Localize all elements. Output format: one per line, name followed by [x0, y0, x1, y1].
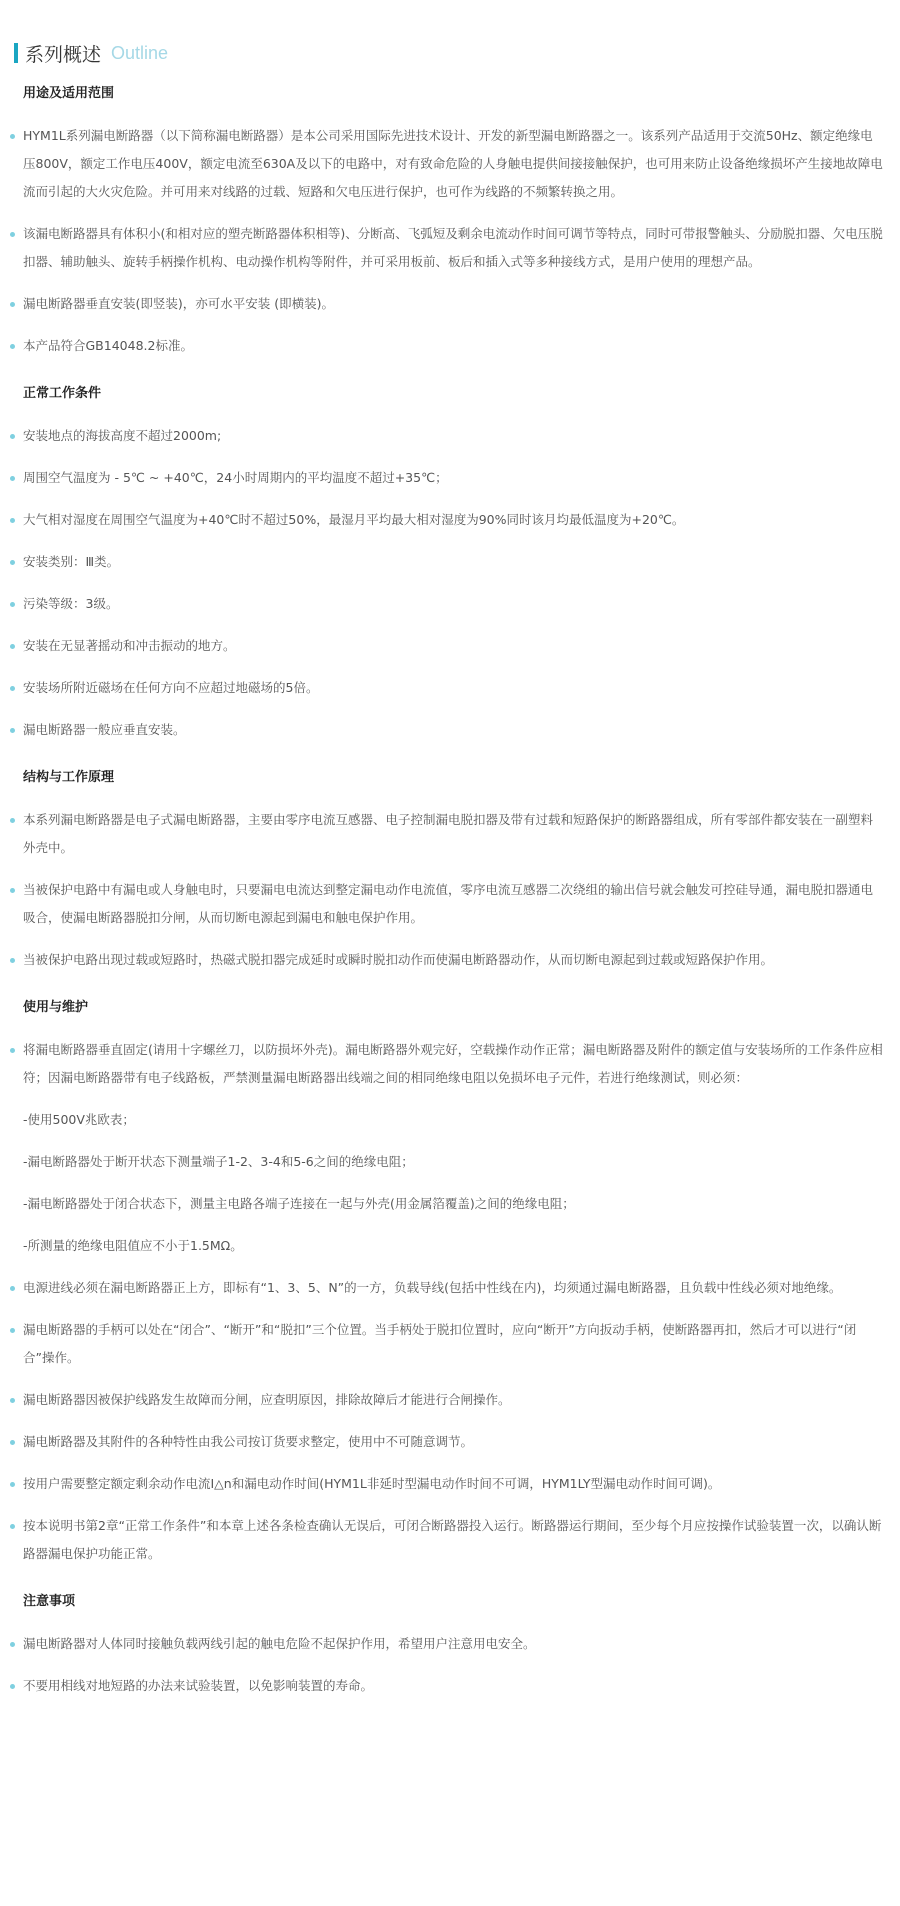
- section: 用途及适用范围HYM1L系列漏电断路器（以下简称漏电断路器）是本公司采用国际先进…: [23, 80, 900, 360]
- list-item-text: -漏电断路器处于断开状态下测量端子1-2、3-4和5-6之间的绝缘电阻；: [23, 1148, 883, 1176]
- list-item-text: 电源进线必须在漏电断路器正上方，即标有“1、3、5、N”的一方，负载导线(包括中…: [23, 1274, 883, 1302]
- list-item: 安装场所附近磁场在任何方向不应超过地磁场的5倍。: [23, 674, 883, 702]
- list-item-text: 漏电断路器对人体同时接触负载两线引起的触电危险不起保护作用，希望用户注意用电安全…: [23, 1630, 883, 1658]
- section: 注意事项漏电断路器对人体同时接触负载两线引起的触电危险不起保护作用，希望用户注意…: [23, 1588, 900, 1700]
- bullet-dot-icon: [10, 686, 15, 691]
- bullet-dot-icon: [10, 302, 15, 307]
- list-item: 漏电断路器一般应垂直安装。: [23, 716, 883, 744]
- list-item-text: 漏电断路器的手柄可以处在“闭合”、“断开”和“脱扣”三个位置。当手柄处于脱扣位置…: [23, 1316, 883, 1372]
- bullet-dot-icon: [10, 888, 15, 893]
- sub-list-item: -漏电断路器处于断开状态下测量端子1-2、3-4和5-6之间的绝缘电阻；: [23, 1148, 883, 1176]
- list-item-text: 安装在无显著摇动和冲击振动的地方。: [23, 632, 883, 660]
- list-item-text: 该漏电断路器具有体积小(和相对应的塑壳断路器体积相等)、分断高、飞弧短及剩余电流…: [23, 220, 883, 276]
- section-heading: 用途及适用范围: [23, 80, 900, 108]
- title-accent-bar: [14, 43, 18, 63]
- list-item: 漏电断路器及其附件的各种特性由我公司按订货要求整定，使用中不可随意调节。: [23, 1428, 883, 1456]
- page-content: 系列概述 Outline 用途及适用范围HYM1L系列漏电断路器（以下简称漏电断…: [0, 0, 900, 1700]
- section: 结构与工作原理本系列漏电断路器是电子式漏电断路器，主要由零序电流互感器、电子控制…: [23, 764, 900, 974]
- list-item: 漏电断路器因被保护线路发生故障而分闸，应查明原因，排除故障后才能进行合闸操作。: [23, 1386, 883, 1414]
- bullet-dot-icon: [10, 1328, 15, 1333]
- bullet-dot-icon: [10, 958, 15, 963]
- title-english: Outline: [111, 43, 168, 64]
- list-item-text: 安装类别：Ⅲ类。: [23, 548, 883, 576]
- list-item: 漏电断路器垂直安装(即竖装)，亦可水平安装 (即横装)。: [23, 290, 883, 318]
- bullet-dot-icon: [10, 818, 15, 823]
- list-item: 当被保护电路中有漏电或人身触电时，只要漏电电流达到整定漏电动作电流值，零序电流互…: [23, 876, 883, 932]
- list-item-text: 本产品符合GB14048.2标准。: [23, 332, 883, 360]
- section-heading: 结构与工作原理: [23, 764, 900, 792]
- list-item: 当被保护电路出现过载或短路时，热磁式脱扣器完成延时或瞬时脱扣动作而使漏电断路器动…: [23, 946, 883, 974]
- list-item-text: 漏电断路器一般应垂直安装。: [23, 716, 883, 744]
- list-item-text: 按用户需要整定额定剩余动作电流I△n和漏电动作时间(HYM1L非延时型漏电动作时…: [23, 1470, 883, 1498]
- list-item-text: 漏电断路器垂直安装(即竖装)，亦可水平安装 (即横装)。: [23, 290, 883, 318]
- list-item-text: 本系列漏电断路器是电子式漏电断路器，主要由零序电流互感器、电子控制漏电脱扣器及带…: [23, 806, 883, 862]
- bullet-dot-icon: [10, 134, 15, 139]
- list-item-text: 安装地点的海拔高度不超过2000m;: [23, 422, 883, 450]
- bullet-dot-icon: [10, 1482, 15, 1487]
- bullet-dot-icon: [10, 1286, 15, 1291]
- bullet-dot-icon: [10, 434, 15, 439]
- sub-list-item: -漏电断路器处于闭合状态下，测量主电路各端子连接在一起与外壳(用金属箔覆盖)之间…: [23, 1190, 883, 1218]
- list-item: 污染等级：3级。: [23, 590, 883, 618]
- list-item-text: 污染等级：3级。: [23, 590, 883, 618]
- bullet-dot-icon: [10, 560, 15, 565]
- list-item-text: -漏电断路器处于闭合状态下，测量主电路各端子连接在一起与外壳(用金属箔覆盖)之间…: [23, 1190, 883, 1218]
- sub-list-item: -使用500V兆欧表；: [23, 1106, 883, 1134]
- bullet-dot-icon: [10, 232, 15, 237]
- list-item: 安装地点的海拔高度不超过2000m;: [23, 422, 883, 450]
- bullet-dot-icon: [10, 1524, 15, 1529]
- list-item: 漏电断路器对人体同时接触负载两线引起的触电危险不起保护作用，希望用户注意用电安全…: [23, 1630, 883, 1658]
- list-item: 该漏电断路器具有体积小(和相对应的塑壳断路器体积相等)、分断高、飞弧短及剩余电流…: [23, 220, 883, 276]
- list-item: 本产品符合GB14048.2标准。: [23, 332, 883, 360]
- bullet-dot-icon: [10, 1440, 15, 1445]
- list-item: 不要用相线对地短路的办法来试验装置，以免影响装置的寿命。: [23, 1672, 883, 1700]
- sub-list-item: -所测量的绝缘电阻值应不小于1.5MΩ。: [23, 1232, 883, 1260]
- list-item-text: 将漏电断路器垂直固定(请用十字螺丝刀，以防损坏外壳)。漏电断路器外观完好，空载操…: [23, 1036, 883, 1092]
- bullet-dot-icon: [10, 728, 15, 733]
- list-item-text: 漏电断路器及其附件的各种特性由我公司按订货要求整定，使用中不可随意调节。: [23, 1428, 883, 1456]
- bullet-dot-icon: [10, 1642, 15, 1647]
- list-item: 按用户需要整定额定剩余动作电流I△n和漏电动作时间(HYM1L非延时型漏电动作时…: [23, 1470, 883, 1498]
- section-heading: 使用与维护: [23, 994, 900, 1022]
- page-title: 系列概述 Outline: [14, 40, 900, 66]
- bullet-dot-icon: [10, 518, 15, 523]
- list-item-text: 周围空气温度为 - 5℃ ~ +40℃，24小时周期内的平均温度不超过+35℃；: [23, 464, 883, 492]
- list-item-text: -所测量的绝缘电阻值应不小于1.5MΩ。: [23, 1232, 883, 1260]
- section: 使用与维护将漏电断路器垂直固定(请用十字螺丝刀，以防损坏外壳)。漏电断路器外观完…: [23, 994, 900, 1568]
- list-item-text: 不要用相线对地短路的办法来试验装置，以免影响装置的寿命。: [23, 1672, 883, 1700]
- bullet-dot-icon: [10, 344, 15, 349]
- bullet-dot-icon: [10, 1684, 15, 1689]
- bullet-dot-icon: [10, 1048, 15, 1053]
- list-item: 漏电断路器的手柄可以处在“闭合”、“断开”和“脱扣”三个位置。当手柄处于脱扣位置…: [23, 1316, 883, 1372]
- section-heading: 正常工作条件: [23, 380, 900, 408]
- list-item-text: 当被保护电路出现过载或短路时，热磁式脱扣器完成延时或瞬时脱扣动作而使漏电断路器动…: [23, 946, 883, 974]
- bullet-dot-icon: [10, 602, 15, 607]
- list-item-text: 漏电断路器因被保护线路发生故障而分闸，应查明原因，排除故障后才能进行合闸操作。: [23, 1386, 883, 1414]
- list-item-text: 当被保护电路中有漏电或人身触电时，只要漏电电流达到整定漏电动作电流值，零序电流互…: [23, 876, 883, 932]
- list-item: 安装类别：Ⅲ类。: [23, 548, 883, 576]
- list-item: 周围空气温度为 - 5℃ ~ +40℃，24小时周期内的平均温度不超过+35℃；: [23, 464, 883, 492]
- list-item-text: 大气相对湿度在周围空气温度为+40℃时不超过50%，最湿月平均最大相对湿度为90…: [23, 506, 883, 534]
- bullet-dot-icon: [10, 476, 15, 481]
- list-item: HYM1L系列漏电断路器（以下简称漏电断路器）是本公司采用国际先进技术设计、开发…: [23, 122, 883, 206]
- list-item-text: 按本说明书第2章“正常工作条件”和本章上述各条检查确认无误后，可闭合断路器投入运…: [23, 1512, 883, 1568]
- list-item: 大气相对湿度在周围空气温度为+40℃时不超过50%，最湿月平均最大相对湿度为90…: [23, 506, 883, 534]
- section: 正常工作条件安装地点的海拔高度不超过2000m;周围空气温度为 - 5℃ ~ +…: [23, 380, 900, 744]
- list-item-text: 安装场所附近磁场在任何方向不应超过地磁场的5倍。: [23, 674, 883, 702]
- bullet-dot-icon: [10, 644, 15, 649]
- list-item-text: HYM1L系列漏电断路器（以下简称漏电断路器）是本公司采用国际先进技术设计、开发…: [23, 122, 883, 206]
- list-item: 按本说明书第2章“正常工作条件”和本章上述各条检查确认无误后，可闭合断路器投入运…: [23, 1512, 883, 1568]
- title-chinese: 系列概述: [25, 40, 101, 67]
- list-item: 将漏电断路器垂直固定(请用十字螺丝刀，以防损坏外壳)。漏电断路器外观完好，空载操…: [23, 1036, 883, 1092]
- list-item: 安装在无显著摇动和冲击振动的地方。: [23, 632, 883, 660]
- sections-container: 用途及适用范围HYM1L系列漏电断路器（以下简称漏电断路器）是本公司采用国际先进…: [14, 80, 900, 1700]
- list-item-text: -使用500V兆欧表；: [23, 1106, 883, 1134]
- list-item: 电源进线必须在漏电断路器正上方，即标有“1、3、5、N”的一方，负载导线(包括中…: [23, 1274, 883, 1302]
- list-item: 本系列漏电断路器是电子式漏电断路器，主要由零序电流互感器、电子控制漏电脱扣器及带…: [23, 806, 883, 862]
- bullet-dot-icon: [10, 1398, 15, 1403]
- section-heading: 注意事项: [23, 1588, 900, 1616]
